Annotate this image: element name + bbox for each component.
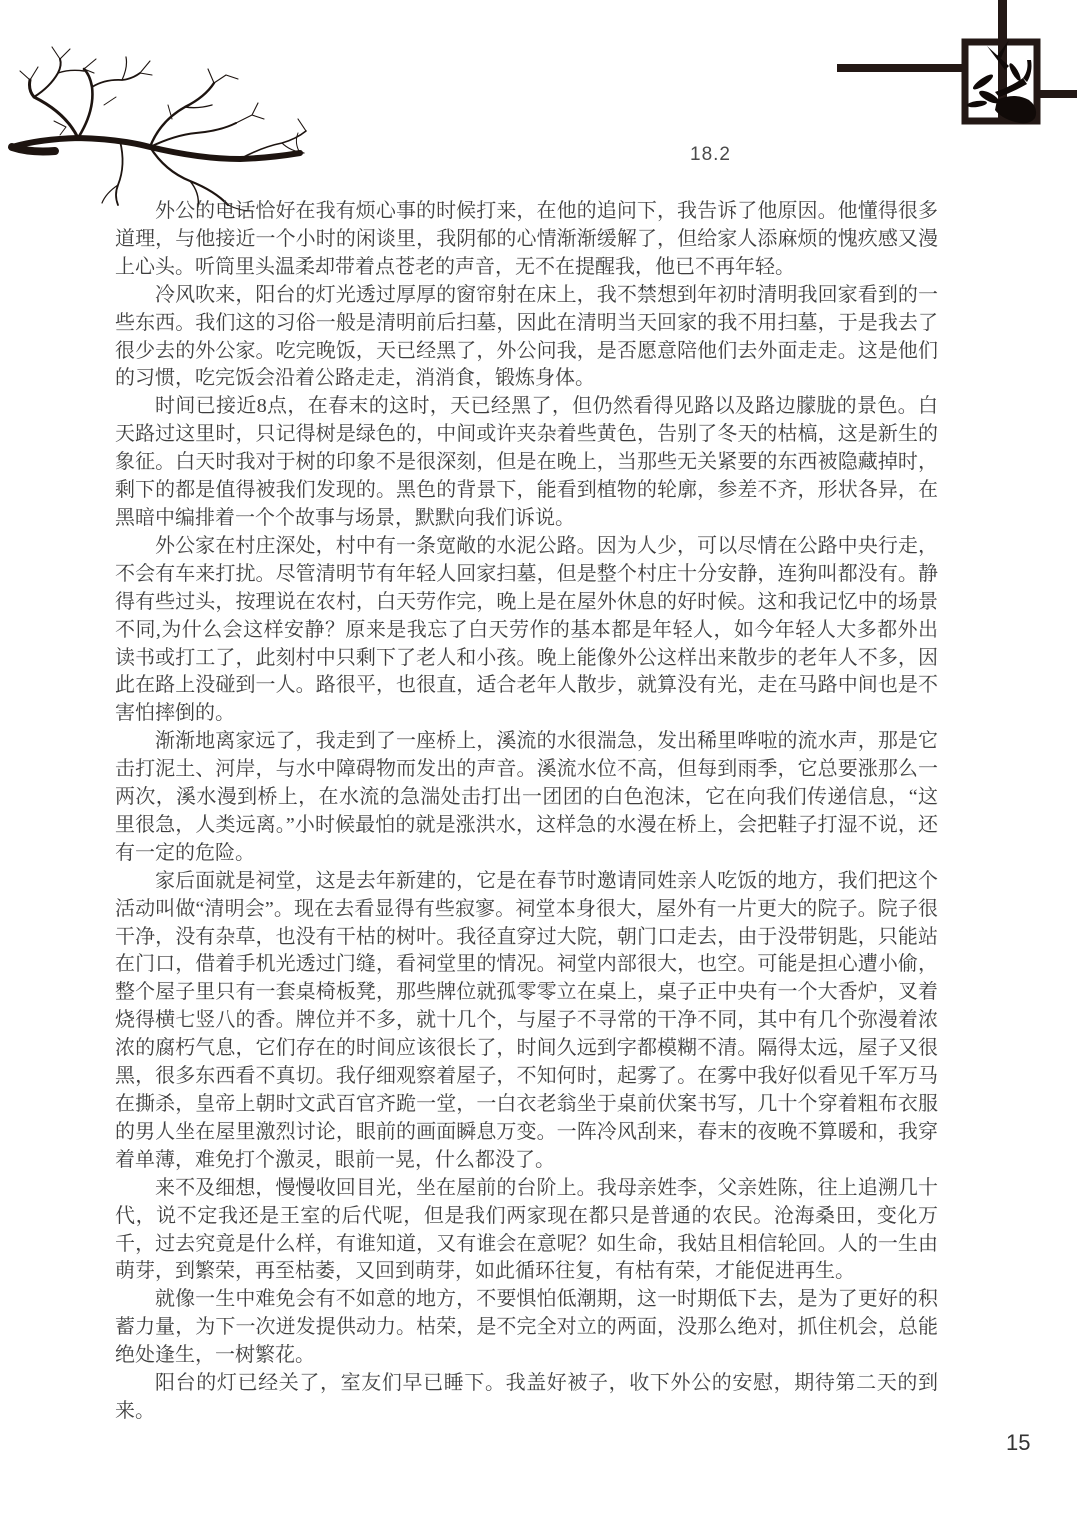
- paragraph: 家后面就是祠堂，这是去年新建的，它是在春节时邀请同姓亲人吃饭的地方，我们把这个活…: [115, 868, 938, 1175]
- section-heading: 18.2: [690, 144, 731, 166]
- article: 外公的电话恰好在我有烦心事的时候打来，在他的追问下，我告诉了他原因。他懂得很多道…: [115, 198, 938, 1426]
- page-number: 15: [1006, 1430, 1030, 1456]
- paragraph: 冷风吹来，阳台的灯光透过厚厚的窗帘射在床上，我不禁想到年初时清明我回家看到的一些…: [115, 282, 938, 394]
- paragraph: 外公的电话恰好在我有烦心事的时候打来，在他的追问下，我告诉了他原因。他懂得很多道…: [115, 198, 938, 282]
- paragraph: 时间已接近8点，在春末的这时，天已经黑了，但仍然看得见路以及路边朦胧的景色。白天…: [115, 393, 938, 533]
- paragraph: 来不及细想，慢慢收回目光，坐在屋前的台阶上。我母亲姓李，父亲姓陈，往上追溯几十代…: [115, 1175, 938, 1287]
- tree-branch-icon: [0, 35, 310, 225]
- paragraph: 外公家在村庄深处，村中有一条宽敞的水泥公路。因为人少，可以尽情在公路中央行走，不…: [115, 533, 938, 728]
- paragraph: 渐渐地离家远了，我走到了一座桥上，溪流的水很湍急，发出稀里哗啦的流水声，那是它击…: [115, 728, 938, 868]
- document-page: 18.2 外公的电话恰好在我有烦心事的时候打来，在他的追问下，我告诉了他原因。他…: [0, 0, 1077, 1535]
- paragraph: 阳台的灯已经关了，室友们早已睡下。我盖好被子，收下外公的安慰，期待第二天的到来。: [115, 1370, 938, 1426]
- paragraph: 就像一生中难免会有不如意的地方，不要惧怕低潮期，这一时期低下去，是为了更好的积蓄…: [115, 1286, 938, 1370]
- framed-plant-ornament-icon: [837, 0, 1077, 135]
